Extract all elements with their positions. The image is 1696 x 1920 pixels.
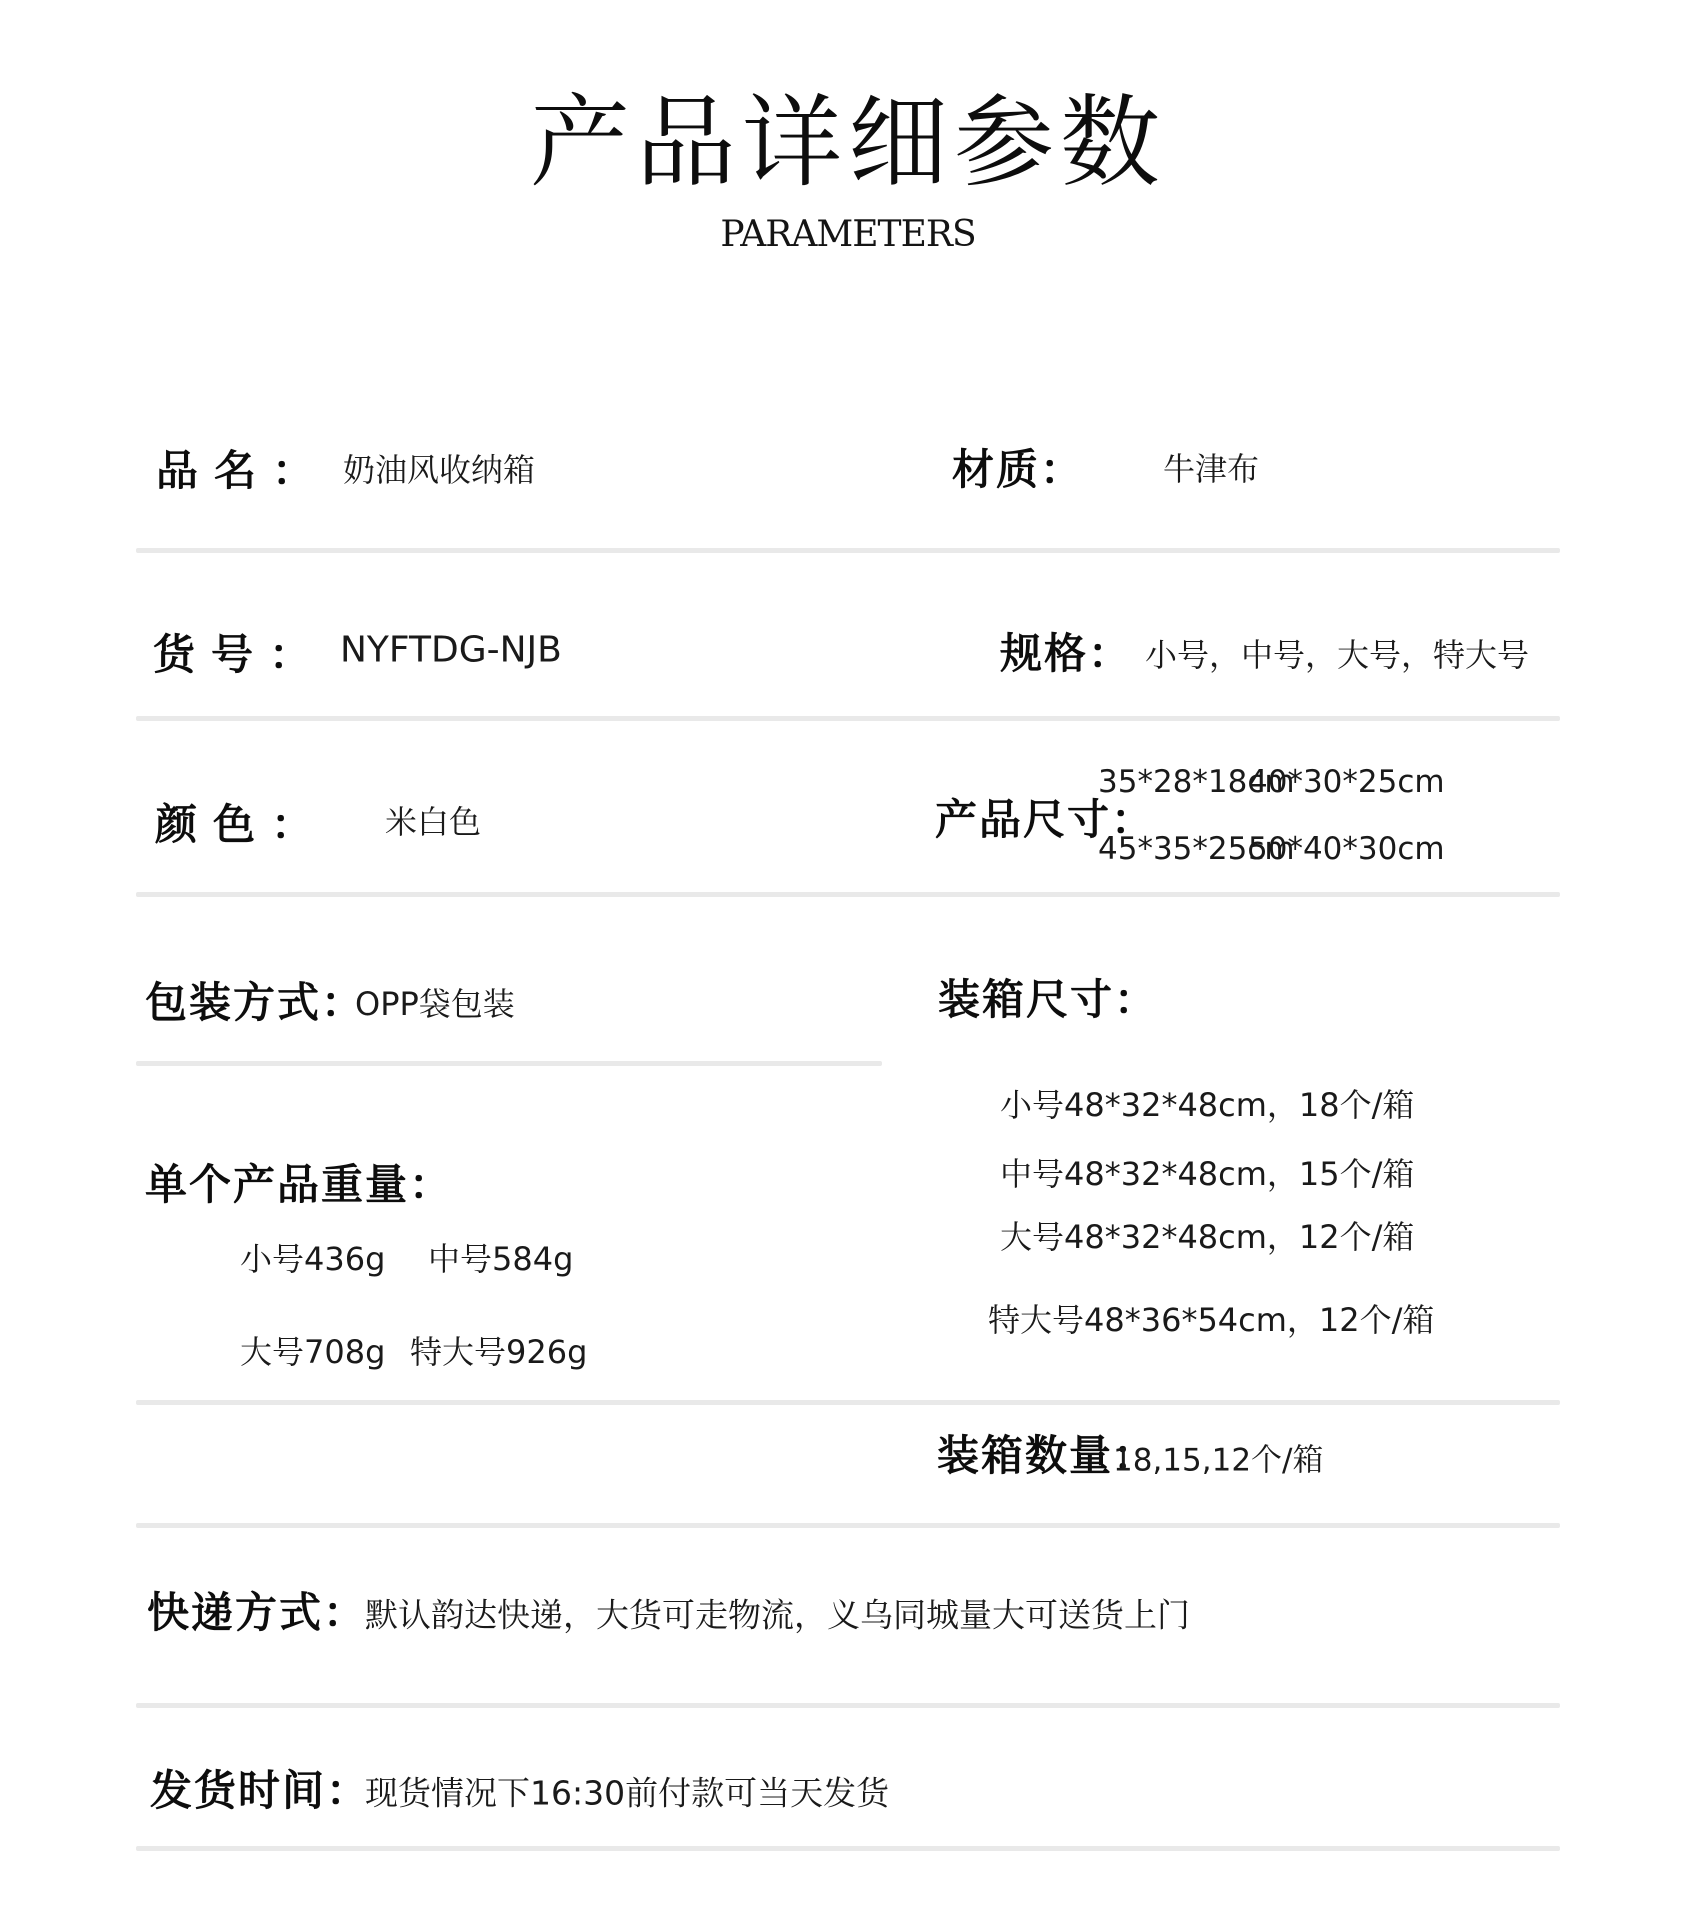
divider bbox=[136, 892, 1560, 897]
color-label: 颜色： bbox=[155, 792, 329, 852]
product-name-label: 品名： bbox=[156, 438, 330, 498]
product-size-2: 40*30*25cm bbox=[1248, 764, 1445, 800]
color-value: 米白色 bbox=[385, 797, 481, 843]
item-no-label: 货号： bbox=[153, 622, 327, 682]
product-parameters-sheet: 产品详细参数 PARAMETERS 品名： 奶油风收纳箱 材质： 牛津布 货号：… bbox=[0, 0, 1696, 1920]
dispatch-label: 发货时间： bbox=[150, 1758, 370, 1818]
unit-weight-small: 小号436g bbox=[240, 1234, 385, 1280]
unit-weight-label: 单个产品重量： bbox=[145, 1152, 453, 1212]
dispatch-value: 现货情况下16:30前付款可当天发货 bbox=[365, 1768, 889, 1815]
spec-label: 规格： bbox=[1000, 621, 1132, 681]
divider bbox=[136, 1400, 1560, 1405]
divider bbox=[136, 1061, 882, 1066]
product-name-value: 奶油风收纳箱 bbox=[343, 445, 535, 491]
divider bbox=[136, 1523, 1560, 1528]
spec-value: 小号，中号，大号，特大号 bbox=[1145, 630, 1529, 676]
divider bbox=[136, 716, 1560, 721]
carton-size-line-4: 特大号48*36*54cm，12个/箱 bbox=[988, 1295, 1434, 1341]
unit-weight-xlarge: 特大号926g bbox=[410, 1327, 587, 1373]
packaging-value: OPP袋包装 bbox=[355, 979, 515, 1025]
divider bbox=[136, 1703, 1560, 1708]
shipping-label: 快递方式： bbox=[147, 1580, 367, 1640]
carton-qty-value: 18,15,12个/箱 bbox=[1113, 1435, 1324, 1480]
carton-size-line-1: 小号48*32*48cm，18个/箱 bbox=[1000, 1080, 1414, 1126]
product-size-4: 50*40*30cm bbox=[1248, 831, 1445, 867]
page-subtitle: PARAMETERS bbox=[0, 214, 1696, 255]
unit-weight-large: 大号708g bbox=[240, 1327, 385, 1373]
shipping-value: 默认韵达快递，大货可走物流，义乌同城量大可送货上门 bbox=[365, 1590, 1190, 1637]
divider bbox=[136, 1846, 1560, 1851]
carton-size-line-2: 中号48*32*48cm，15个/箱 bbox=[1000, 1149, 1414, 1195]
carton-size-label: 装箱尺寸： bbox=[938, 967, 1158, 1027]
material-value: 牛津布 bbox=[1163, 444, 1259, 490]
item-no-value: NYFTDG-NJB bbox=[340, 630, 562, 671]
divider bbox=[136, 548, 1560, 553]
unit-weight-medium: 中号584g bbox=[428, 1234, 573, 1280]
packaging-label: 包装方式： bbox=[145, 970, 365, 1030]
carton-size-line-3: 大号48*32*48cm，12个/箱 bbox=[1000, 1212, 1414, 1258]
material-label: 材质： bbox=[952, 437, 1084, 497]
page-title: 产品详细参数 bbox=[0, 88, 1696, 198]
